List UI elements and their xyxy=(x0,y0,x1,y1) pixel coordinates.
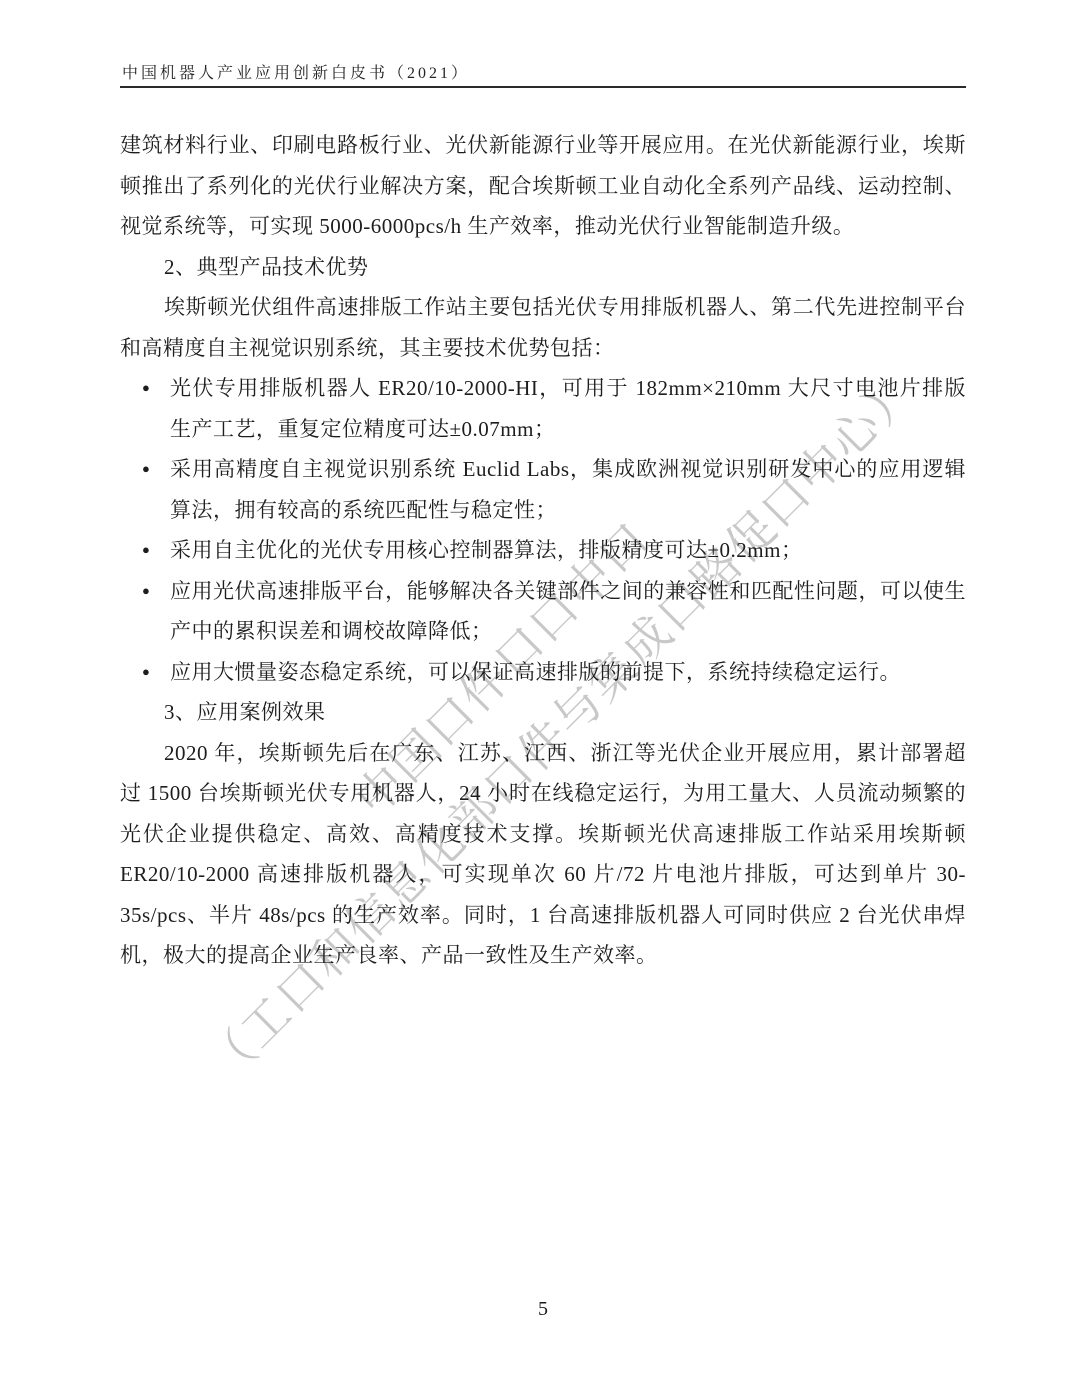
bullet: ●应用大惯量姿态稳定系统，可以保证高速排版的前提下，系统持续稳定运行。 xyxy=(120,652,966,693)
bullet-icon: ● xyxy=(142,530,150,571)
heading: 2、典型产品技术优势 xyxy=(120,247,966,288)
paragraph-continuation: 建筑材料行业、印刷电路板行业、光伏新能源行业等开展应用。在光伏新能源行业，埃斯顿… xyxy=(120,125,966,247)
page-footer: 5 xyxy=(120,1298,966,1321)
bullet: ●应用光伏高速排版平台，能够解决各关键部件之间的兼容性和匹配性问题，可以使生产中… xyxy=(120,571,966,652)
page-number: 5 xyxy=(538,1298,548,1320)
bullet: ●采用高精度自主视觉识别系统 Euclid Labs，集成欧洲视觉识别研发中心的… xyxy=(120,449,966,530)
heading: 3、应用案例效果 xyxy=(120,692,966,733)
header-title: 中国机器人产业应用创新白皮书（2021） xyxy=(122,65,470,82)
document-body: 建筑材料行业、印刷电路板行业、光伏新能源行业等开展应用。在光伏新能源行业，埃斯顿… xyxy=(120,125,966,976)
paragraph: 2020 年，埃斯顿先后在广东、江苏、江西、浙江等光伏企业开展应用，累计部署超过… xyxy=(120,733,966,976)
bullet-text: 光伏专用排版机器人 ER20/10-2000-HI，可用于 182mm×210m… xyxy=(170,376,966,441)
bullet-text: 采用高精度自主视觉识别系统 Euclid Labs，集成欧洲视觉识别研发中心的应… xyxy=(170,457,966,522)
bullet-icon: ● xyxy=(142,368,150,409)
bullet-text: 应用大惯量姿态稳定系统，可以保证高速排版的前提下，系统持续稳定运行。 xyxy=(170,660,901,684)
header-rule xyxy=(120,86,966,88)
bullet-icon: ● xyxy=(142,449,150,490)
bullet-icon: ● xyxy=(142,652,150,693)
bullet-text: 应用光伏高速排版平台，能够解决各关键部件之间的兼容性和匹配性问题，可以使生产中的… xyxy=(170,579,966,644)
paragraph: 埃斯顿光伏组件高速排版工作站主要包括光伏专用排版机器人、第二代先进控制平台和高精… xyxy=(120,287,966,368)
bullet-text: 采用自主优化的光伏专用核心控制器算法，排版精度可达±0.2mm； xyxy=(170,538,802,562)
bullet: ●光伏专用排版机器人 ER20/10-2000-HI，可用于 182mm×210… xyxy=(120,368,966,449)
bullet-icon: ● xyxy=(142,571,150,612)
page-header: 中国机器人产业应用创新白皮书（2021） xyxy=(122,60,470,83)
document-page: 中国口件口口中口 （工口和信息化部口件与集成口路促口中心） 中国机器人产业应用创… xyxy=(0,0,1080,1397)
bullet: ●采用自主优化的光伏专用核心控制器算法，排版精度可达±0.2mm； xyxy=(120,530,966,571)
